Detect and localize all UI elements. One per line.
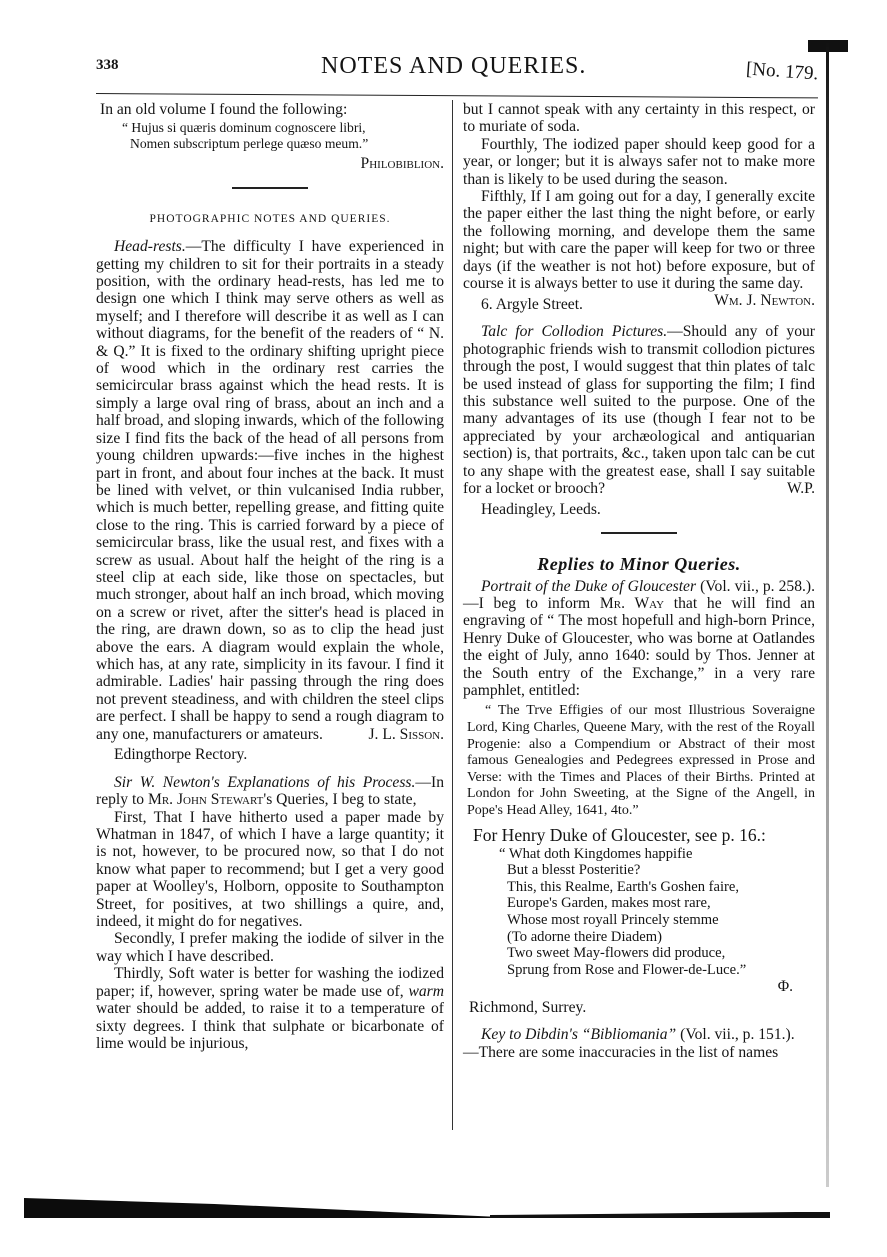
header-rule bbox=[96, 93, 818, 98]
section-rule bbox=[232, 187, 308, 189]
volume-ref: (Vol. vii., p. 258.). bbox=[696, 578, 815, 595]
verse-line: But a blesst Posteritie? bbox=[499, 862, 815, 879]
article-dibdin: Key to Dibdin's “Bibliomania” (Vol. vii.… bbox=[463, 1026, 815, 1043]
article-title: Portrait of the Duke of Gloucester bbox=[481, 578, 696, 595]
person-name: Mr. Way bbox=[600, 595, 664, 612]
spacer bbox=[463, 1016, 815, 1026]
right-column: but I cannot speak with any certainty in… bbox=[463, 101, 815, 1061]
article-newton: Sir W. Newton's Explanations of his Proc… bbox=[96, 774, 444, 809]
text: —I beg to inform bbox=[463, 595, 600, 612]
paragraph-fourth: Fourthly, The iodized paper should keep … bbox=[463, 136, 815, 188]
person-name: Mr. John Stewart bbox=[148, 791, 263, 808]
paragraph-second: Secondly, I prefer making the iodide of … bbox=[96, 930, 444, 965]
paragraph-fifth: Fifthly, If I am going out for a day, I … bbox=[463, 188, 815, 292]
paragraph-continued: but I cannot speak with any certainty in… bbox=[463, 101, 815, 136]
text: water should be added, to raise it to a … bbox=[96, 1000, 444, 1052]
verse-line: Two sweet May-flowers did produce, bbox=[499, 945, 815, 962]
quote-line: “ Hujus si quæris dominum cognoscere lib… bbox=[122, 120, 444, 136]
place-headingley: Headingley, Leeds. bbox=[463, 501, 815, 518]
article-gloucester: Portrait of the Duke of Gloucester (Vol.… bbox=[463, 578, 815, 700]
pamphlet-quote: “ The Trve Effigies of our most Illustri… bbox=[463, 703, 815, 819]
verse-block: “ What doth Kingdomes happifie But a ble… bbox=[463, 846, 815, 979]
volume-ref: (Vol. vii., p. 151.). bbox=[676, 1026, 794, 1043]
section-heading: PHOTOGRAPHIC NOTES AND QUERIES. bbox=[96, 211, 444, 228]
spacer bbox=[463, 313, 815, 323]
article-title: Talc for Collodion Pictures. bbox=[481, 323, 667, 340]
verse-line: “ What doth Kingdomes happifie bbox=[499, 846, 815, 863]
verse-line: This, this Realme, Earth's Goshen faire, bbox=[499, 879, 815, 896]
page-bottom-shadow bbox=[490, 1212, 830, 1218]
see-reference: For Henry Duke of Gloucester, see p. 16.… bbox=[463, 824, 815, 846]
scanned-page: 338 NOTES AND QUERIES. [No. 179. In an o… bbox=[0, 0, 887, 1257]
page-bottom-shadow bbox=[24, 1198, 500, 1218]
article-title: Head-rests. bbox=[114, 238, 186, 255]
spacer bbox=[96, 764, 444, 774]
page-number: 338 bbox=[96, 57, 119, 74]
left-column: In an old volume I found the following: … bbox=[96, 101, 444, 1052]
text: 's Queries, I beg to state, bbox=[263, 791, 416, 808]
article-title: Sir W. Newton's Explanations of his Proc… bbox=[114, 774, 415, 791]
replies-heading: Replies to Minor Queries. bbox=[463, 556, 815, 573]
article-body: —The difficulty I have experienced in ge… bbox=[96, 238, 444, 742]
verse-line: Sprung from Rose and Flower-de-Luce.” bbox=[499, 962, 815, 979]
article-body: —There are some inaccuracies in the list… bbox=[463, 1044, 815, 1061]
signature-philobiblion: Philobiblion. bbox=[96, 155, 444, 172]
verse-line: Europe's Garden, makes most rare, bbox=[499, 895, 815, 912]
article-title: Key to Dibdin's “Bibliomania” bbox=[481, 1026, 676, 1043]
place-edingthorpe: Edingthorpe Rectory. bbox=[96, 746, 444, 763]
journal-title: NOTES AND QUERIES. bbox=[321, 53, 586, 80]
article-talc: Talc for Collodion Pictures.—Should any … bbox=[463, 323, 815, 497]
paragraph-third: Thirdly, Soft water is better for washin… bbox=[96, 965, 444, 1052]
text: Thirdly, Soft water is better for washin… bbox=[96, 965, 444, 999]
place-richmond: Richmond, Surrey. bbox=[463, 999, 815, 1016]
article-body: —Should any of your photographic friends… bbox=[463, 323, 815, 497]
column-divider bbox=[452, 100, 453, 1130]
verse-line: Whose most royall Princely stemme bbox=[499, 912, 815, 929]
verse-line: (To adorne theire Diadem) bbox=[499, 929, 815, 946]
section-rule bbox=[601, 532, 677, 534]
running-header: 338 NOTES AND QUERIES. [No. 179. bbox=[96, 55, 816, 91]
emphasis: warm bbox=[408, 983, 444, 1000]
paragraph-first: First, That I have hitherto used a paper… bbox=[96, 809, 444, 931]
intro-line: In an old volume I found the following: bbox=[96, 101, 444, 118]
signature-phi: Φ. bbox=[463, 978, 815, 995]
page-binding-edge bbox=[826, 42, 829, 1187]
latin-quote: “ Hujus si quæris dominum cognoscere lib… bbox=[96, 120, 444, 152]
quote-line: Nomen subscriptum perlege quæso meum.” bbox=[122, 136, 444, 152]
issue-number: [No. 179. bbox=[745, 59, 819, 86]
article-headrests: Head-rests.—The difficulty I have experi… bbox=[96, 238, 444, 743]
